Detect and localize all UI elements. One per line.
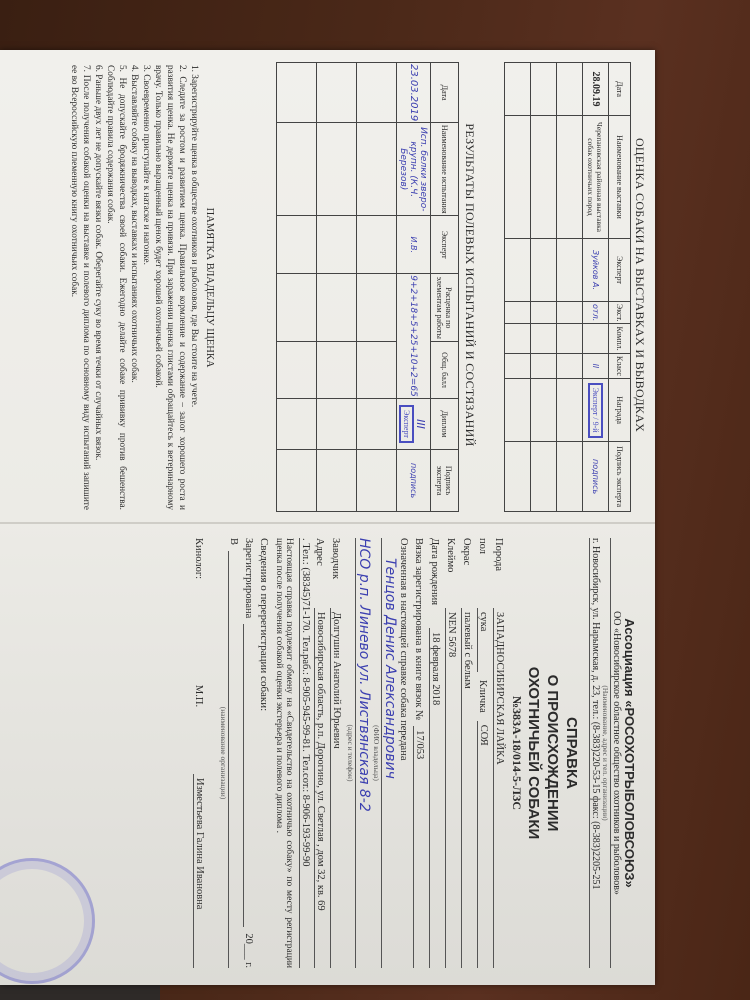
header-class: Класс xyxy=(609,353,631,378)
trial-date: 23.03.2019 xyxy=(397,63,431,123)
association-name: Ассоциация «РОСОХОТРЫБОЛОВСОЮЗ» xyxy=(622,538,637,968)
transfer-label: Означенная в настоящей справке собака пе… xyxy=(398,538,409,760)
header-signature: Подпись эксперта xyxy=(609,442,631,512)
header-show-name: Наименование выставки xyxy=(609,116,631,239)
year-suffix: 20___ г. xyxy=(243,933,254,968)
memo-item: 5. Не допускайте бродяжничества своей со… xyxy=(104,65,128,510)
exchange-notice: Настоящая справка подлежит обмену на «Св… xyxy=(274,538,294,968)
seal-label: М.П. xyxy=(193,618,204,774)
org-address: г. Новосибирск, ул. Нарымская, д. 23, те… xyxy=(589,538,601,968)
in-label: В xyxy=(228,538,239,545)
brand-row: КлеймоNEN 5678 xyxy=(445,538,457,968)
name-label: Кличка xyxy=(477,680,488,713)
doc-number: №383А-18/014-5-ЛЗС xyxy=(509,538,524,968)
in-row: В xyxy=(228,538,239,968)
header-trial-date: Дата xyxy=(431,63,459,123)
color-value: палевый с белым xyxy=(461,608,473,968)
table-row: 23.03.2019 Исп. белки зверо-крупн. (К.Ч.… xyxy=(397,63,431,512)
header-trial-expert: Эксперт xyxy=(431,216,459,274)
memo-title: ПАМЯТКА ВЛАДЕЛЬЦУ ЩЕНКА xyxy=(203,65,215,510)
cynologist-name: Изместьева Галина Ивановна xyxy=(193,774,205,968)
memo-item: 6. Раньше двух лет не допускайте вязки с… xyxy=(92,65,104,510)
breeder-phones: . Тел.: (38345)71-170. Тел.раб.: 8-905-9… xyxy=(299,538,311,968)
show-build xyxy=(583,324,609,354)
breed-row: ПородаЗАПАДНОСИБИРСКАЯ ЛАЙКА xyxy=(493,538,505,968)
header-award: Награда xyxy=(609,378,631,441)
header-date: Дата xyxy=(609,63,631,116)
owner-name: Тенцов Денис Александрович xyxy=(381,538,398,968)
sex-label: пол xyxy=(477,538,488,608)
right-page: Ассоциация «РОСОХОТРЫБОЛОВСОЮЗ» ОО «Ново… xyxy=(0,528,655,978)
memo-item: 2. Следите за ростом и развитием щенка. … xyxy=(152,65,188,510)
table-row xyxy=(357,63,397,512)
trial-diploma: III xyxy=(415,419,428,429)
show-exterior: отл. xyxy=(583,302,609,324)
trial-expert-stamp: Эксперт xyxy=(400,405,415,443)
trial-name: Исп. белки зверо-крупн. (К.Ч. Березов) xyxy=(397,123,431,216)
dob-label: Дата рождения xyxy=(429,538,440,628)
page-fold xyxy=(0,522,655,524)
owner-caption: (ФИО владельца) xyxy=(372,538,381,968)
header-trial-scores: Расценка по элементам работы xyxy=(431,274,459,342)
breed-label: Порода xyxy=(493,538,504,608)
breed-value: ЗАПАДНОСИБИРСКАЯ ЛАЙКА xyxy=(493,608,505,968)
breeder-row: ЗаводчикДолгушин Анатолий Юрьевич xyxy=(330,538,342,968)
doc-title-line: О ПРОИСХОЖДЕНИИ xyxy=(543,538,562,968)
show-date: 28.09.19 xyxy=(583,63,609,116)
color-row: Окраспалевый с белым xyxy=(461,538,473,968)
show-award-stamp: Эксперт / 9-й xyxy=(588,383,603,438)
header-trial-diploma: Диплом xyxy=(431,398,459,449)
sex-value: сука xyxy=(477,608,489,672)
name-value: СОЯ xyxy=(477,721,489,968)
table-row xyxy=(531,63,557,512)
header-trial-signature: Подпись эксперта xyxy=(431,450,459,512)
trial-scores: 9+2+18+5+25+10+2=65 xyxy=(397,274,431,399)
owner-memo: ПАМЯТКА ВЛАДЕЛЬЦУ ЩЕНКА 1. Зарегистрируй… xyxy=(68,65,215,510)
org-caption: (Наименование, адрес и тел. организации) xyxy=(601,538,610,968)
header-build: Компл. xyxy=(609,324,631,354)
color-label: Окрас xyxy=(461,538,472,608)
breeder-label: Заводчик xyxy=(330,538,341,608)
memo-item: 3. Своевременно приступайте к натаске и … xyxy=(140,65,152,510)
memo-item: 7. После получения собакой оценки на выс… xyxy=(68,65,92,510)
dob-value: 18 февраля 2018 xyxy=(429,628,441,968)
brand-value: NEN 5678 xyxy=(445,608,457,968)
owner-address: НСО р.п. Линево ул. Листвянская 8-2 xyxy=(355,538,372,968)
memo-item: 1. Зарегистрируйте щенка в обществе охот… xyxy=(188,65,200,510)
address-caption: (адрес и телефон) xyxy=(346,538,355,968)
registered-row: Зарегистрирована20___ г. xyxy=(243,538,254,968)
doc-title-line: ОХОТНИЧЬЕЙ СОБАКИ xyxy=(524,538,543,968)
round-seal-stamp xyxy=(0,858,95,984)
header-trial-total: Общ. балл xyxy=(431,342,459,399)
memo-item: 4. Выставляйте собаку на выводках, выста… xyxy=(128,65,140,510)
trial-expert: И.В. xyxy=(397,216,431,274)
cynologist-row: Кинолог: М.П. Изместьева Галина Ивановна xyxy=(193,538,205,968)
org-name-caption: (наименование организации) xyxy=(219,538,228,968)
rereg-label: Сведения о перерегистрации собаки: xyxy=(258,538,270,968)
table-row xyxy=(557,63,583,512)
breeder-value: Долгушин Анатолий Юрьевич xyxy=(330,608,342,968)
dob-row: Дата рождения18 февраля 2018 xyxy=(429,538,441,968)
header-expert: Эксперт xyxy=(609,239,631,302)
pedigree-certificate: ОЦЕНКА СОБАКИ НА ВЫСТАВКАХ И ВЫВОДКАХ Да… xyxy=(0,50,655,985)
shows-table-title: ОЦЕНКА СОБАКИ НА ВЫСТАВКАХ И ВЫВОДКАХ xyxy=(632,50,647,520)
show-class: II xyxy=(583,353,609,378)
table-row: 28.09.19 Черепановская районная выставка… xyxy=(583,63,609,512)
trials-table: Дата Наименование испытания Эксперт Расц… xyxy=(276,62,459,512)
brand-label: Клеймо xyxy=(445,538,456,608)
header-trial-name: Наименование испытания xyxy=(431,123,459,216)
address-label: Адрес xyxy=(314,538,325,608)
trial-signature: подпись xyxy=(397,450,431,512)
doc-title: СПРАВКА О ПРОИСХОЖДЕНИИ ОХОТНИЧЬЕЙ СОБАК… xyxy=(524,538,581,968)
header-exterior: Экст. xyxy=(609,302,631,324)
show-expert: Зуйков А. xyxy=(583,239,609,302)
show-signature: подпись xyxy=(583,442,609,512)
mating-value: 17/053 xyxy=(413,726,425,968)
table-row xyxy=(277,63,317,512)
breeder-address-value: Новосибирская область, р.п. Дорогино, ул… xyxy=(314,608,326,968)
sex-name-row: пол сука Кличка СОЯ xyxy=(477,538,489,968)
trials-table-title: РЕЗУЛЬТАТЫ ПОЛЕВЫХ ИСПЫТАНИЙ И СОСТЯЗАНИ… xyxy=(462,50,477,520)
registered-label: Зарегистрирована xyxy=(243,538,254,618)
doc-title-line: СПРАВКА xyxy=(562,538,581,968)
cynologist-label: Кинолог: xyxy=(193,538,204,618)
breeder-address-row: АдресНовосибирская область, р.п. Дорогин… xyxy=(314,538,326,968)
mating-label: Вязка зарегистрирована в книге вязок № xyxy=(413,538,424,720)
shows-table: Дата Наименование выставки Эксперт Экст.… xyxy=(504,62,631,512)
table-row xyxy=(505,63,531,512)
transfer-row: Означенная в настоящей справке собака пе… xyxy=(398,538,409,968)
organization-name: ОО «Новосибирское областное общество охо… xyxy=(610,538,622,968)
table-row xyxy=(317,63,357,512)
left-page: ОЦЕНКА СОБАКИ НА ВЫСТАВКАХ И ВЫВОДКАХ Да… xyxy=(0,50,655,520)
mating-row: Вязка зарегистрирована в книге вязок №17… xyxy=(413,538,425,968)
show-name: Черепановская районная выставка собак ох… xyxy=(583,116,609,239)
